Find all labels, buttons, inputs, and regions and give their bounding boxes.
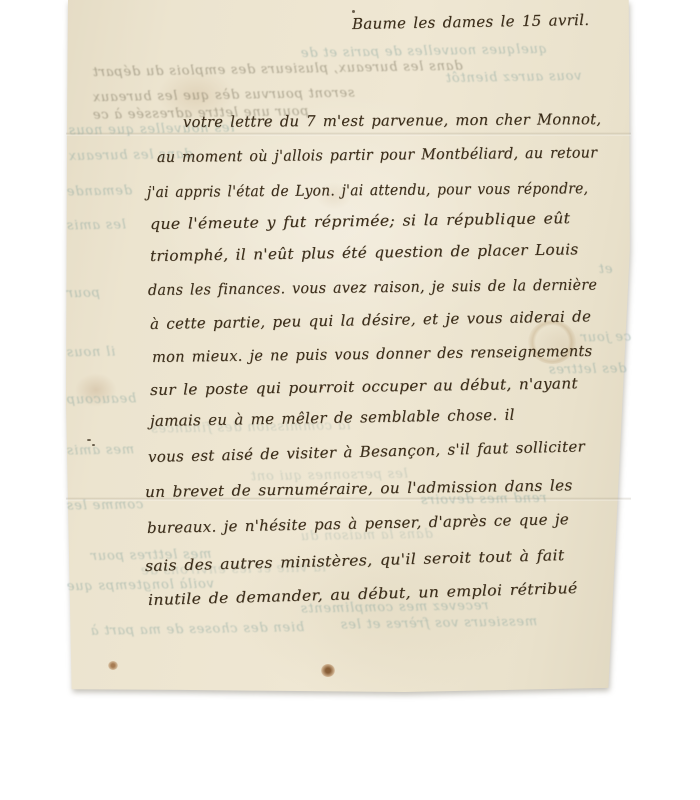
- letter-line: votre lettre du 7 m'est parvenue, mon ch…: [183, 110, 601, 131]
- ink-speck: [352, 10, 355, 13]
- fox-spot: [321, 664, 335, 677]
- letter-photo: quelques nouvelles de paris et de dans l…: [0, 0, 700, 800]
- ink-speck: [87, 439, 91, 441]
- bleedthrough-line: il nous: [66, 345, 116, 361]
- bleedthrough-line: beaucoup: [66, 391, 137, 407]
- bleedthrough-line: pour: [66, 286, 100, 302]
- bleedthrough-line: comme les: [66, 497, 144, 513]
- bleedthrough-line: et: [598, 262, 613, 277]
- letter-line: j'ai appris l'état de Lyon. j'ai attendu…: [147, 179, 588, 201]
- fox-spot: [108, 661, 118, 670]
- bleedthrough-line: vous aurez bientôt: [445, 69, 582, 86]
- bleedthrough-line: mes amis: [66, 442, 134, 458]
- bleedthrough-line: demande: [66, 183, 132, 199]
- bleedthrough-line: les amis: [66, 217, 126, 233]
